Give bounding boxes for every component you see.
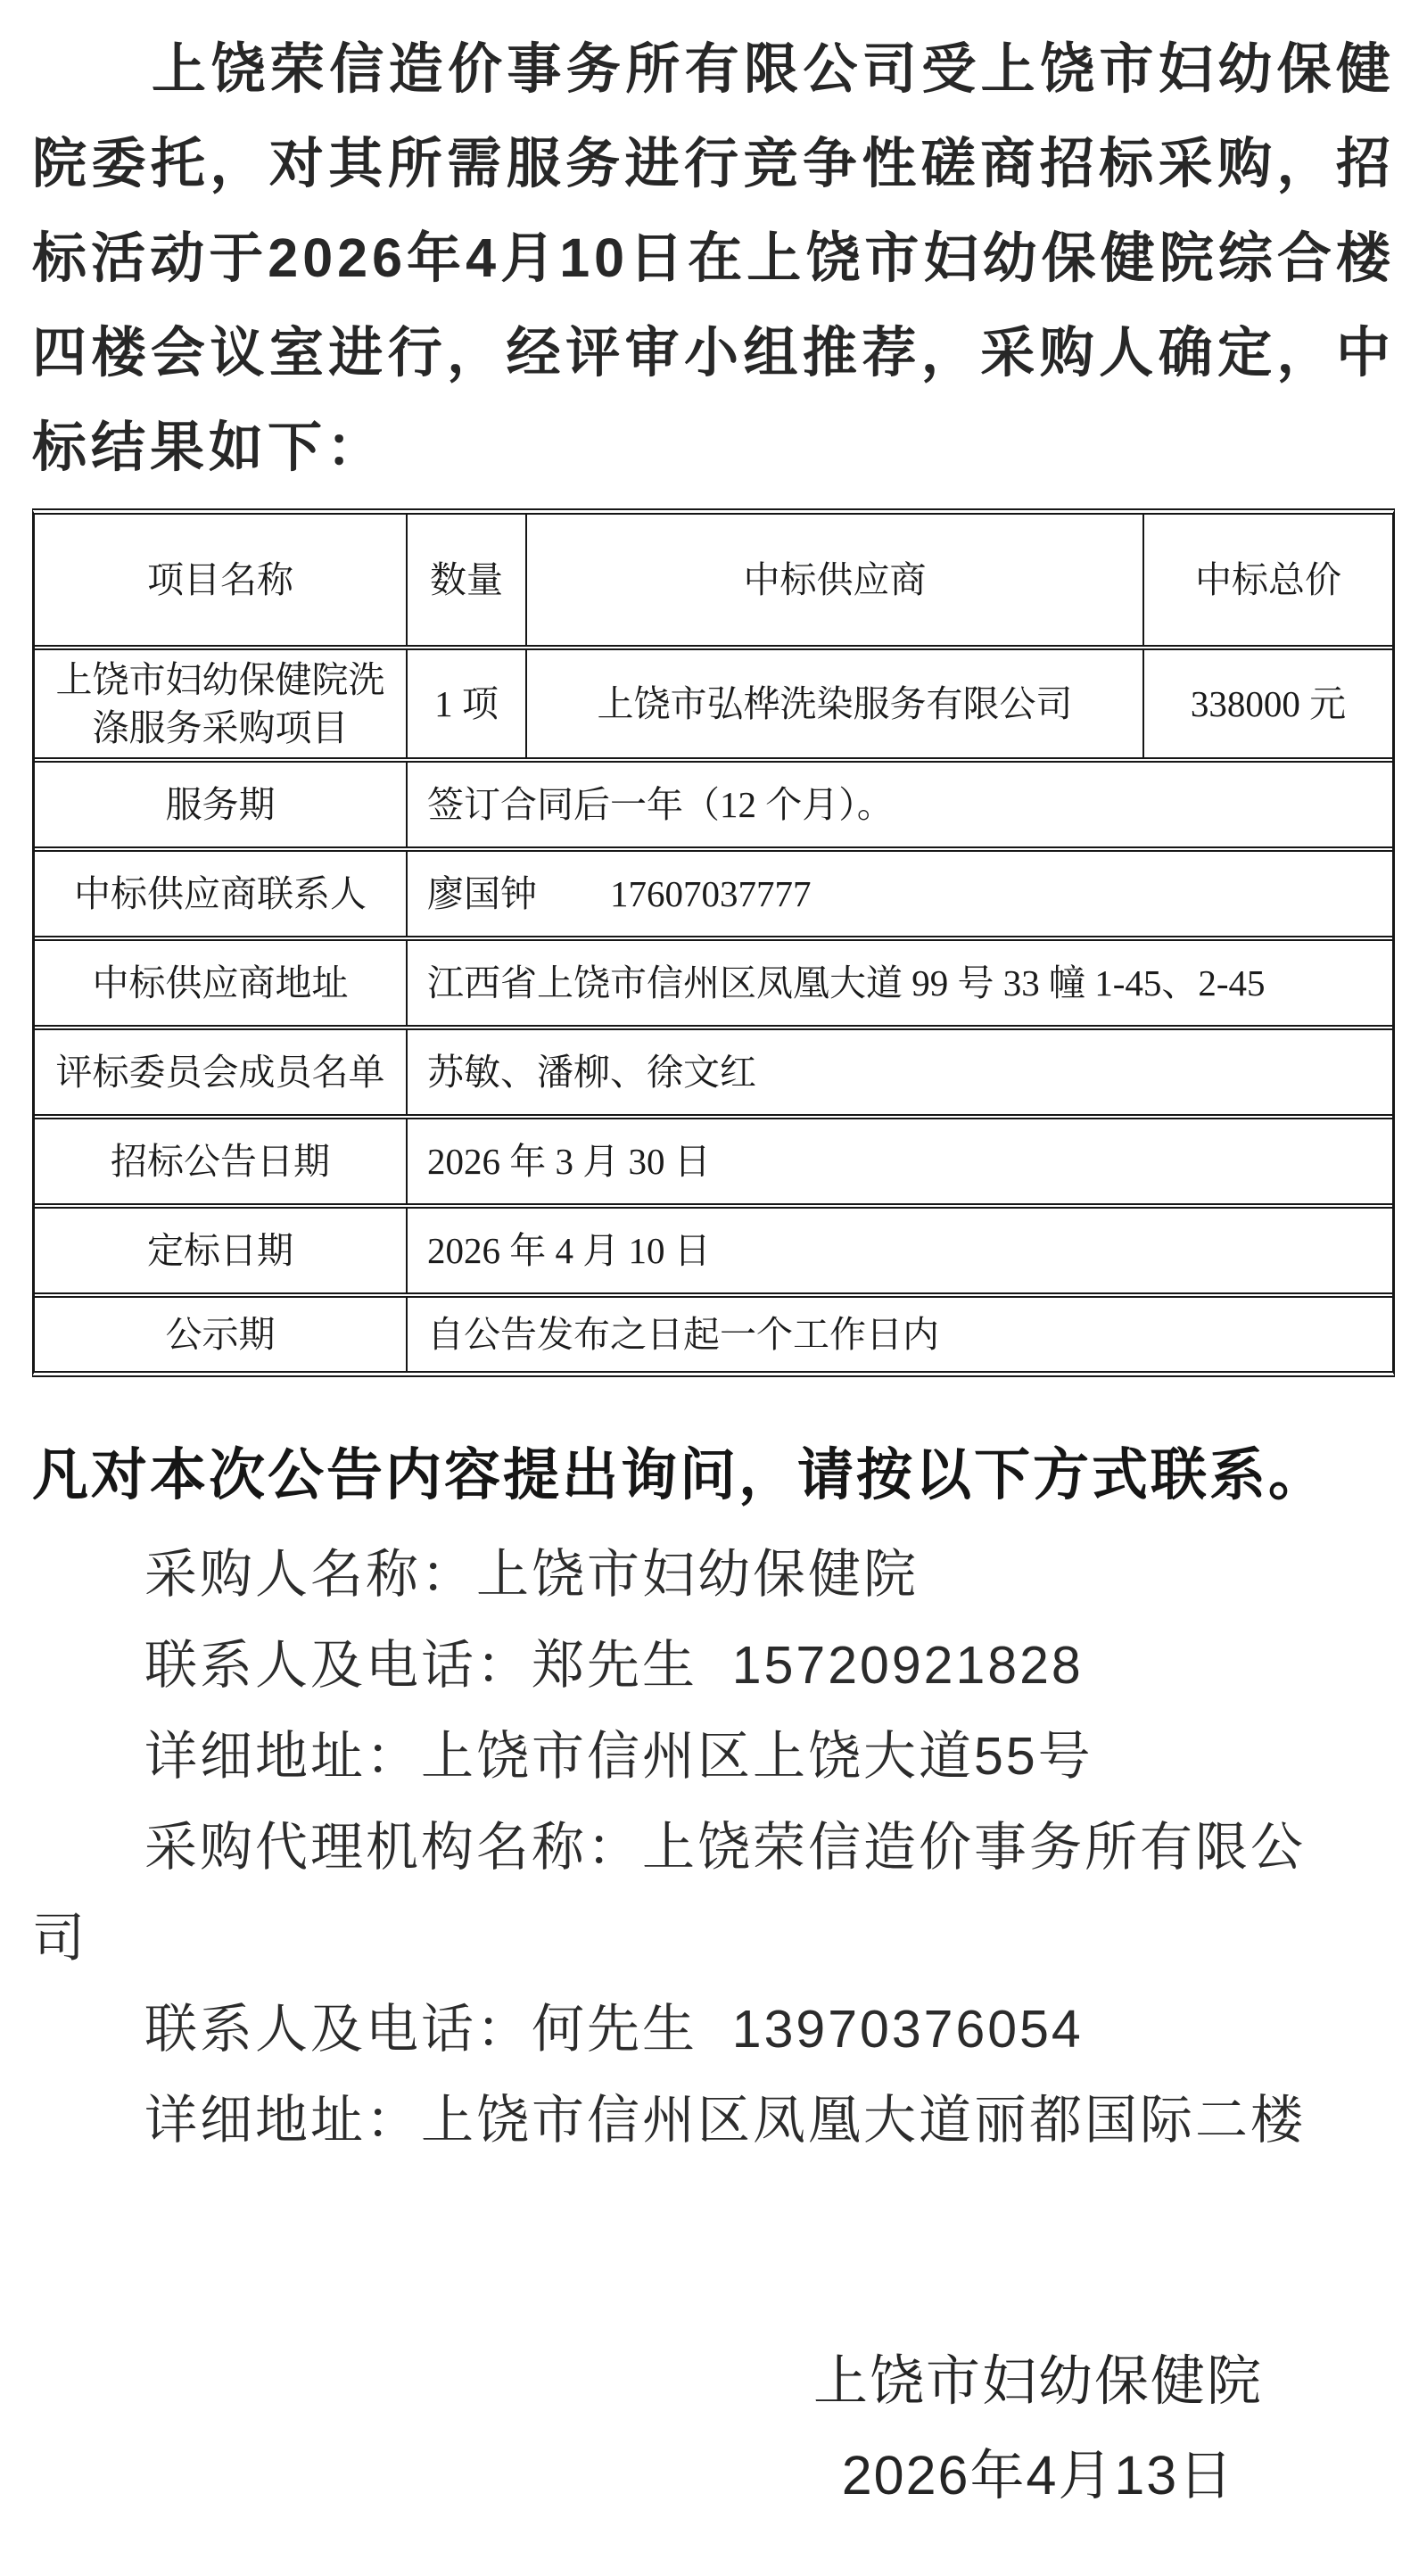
detail-label: 中标供应商联系人 bbox=[35, 852, 408, 936]
bid-result-table: 项目名称 数量 中标供应商 中标总价 上饶市妇幼保健院洗涤服务采购项目 1 项 … bbox=[32, 508, 1395, 1377]
detail-label: 公示期 bbox=[35, 1298, 408, 1371]
table-row-result: 上饶市妇幼保健院洗涤服务采购项目 1 项 上饶市弘桦洗染服务有限公司 33800… bbox=[35, 645, 1392, 757]
signature-block: 上饶市妇幼保健院 2026年4月13日 bbox=[788, 2333, 1288, 2522]
purchaser-address-line: 详细地址：上饶市信州区上饶大道55号 bbox=[32, 1711, 1395, 1802]
table-header-row: 项目名称 数量 中标供应商 中标总价 bbox=[35, 515, 1392, 645]
result-total-price: 338000 元 bbox=[1144, 650, 1392, 757]
result-quantity: 1 项 bbox=[408, 650, 527, 757]
col-header-quantity: 数量 bbox=[408, 515, 527, 645]
detail-value: 廖国钟 17607037777 bbox=[408, 852, 1392, 936]
intro-line-2: 院委托，对其所需服务进行竞争性磋商招标采购，招 bbox=[32, 116, 1395, 211]
purchaser-contact-phone-line: 联系人及电话：郑先生 15720921828 bbox=[32, 1620, 1395, 1711]
detail-value: 签订合同后一年（12 个月）。 bbox=[408, 763, 1392, 846]
detail-value: 苏敏、潘柳、徐文红 bbox=[408, 1030, 1392, 1114]
detail-label: 定标日期 bbox=[35, 1209, 408, 1292]
intro-line-4: 四楼会议室进行，经评审小组推荐，采购人确定，中 bbox=[32, 305, 1395, 400]
signature-date: 2026年4月13日 bbox=[788, 2428, 1288, 2522]
result-supplier: 上饶市弘桦洗染服务有限公司 bbox=[527, 650, 1144, 757]
detail-label: 中标供应商地址 bbox=[35, 941, 408, 1025]
result-project-name: 上饶市妇幼保健院洗涤服务采购项目 bbox=[35, 650, 408, 757]
table-row-publicity-period: 公示期 自公告发布之日起一个工作日内 bbox=[35, 1292, 1392, 1371]
table-row-tender-notice-date: 招标公告日期 2026 年 3 月 30 日 bbox=[35, 1114, 1392, 1203]
table-row-evaluation-committee: 评标委员会成员名单 苏敏、潘柳、徐文红 bbox=[35, 1025, 1392, 1114]
intro-paragraph: 上饶荣信造价事务所有限公司受上饶市妇幼保健 院委托，对其所需服务进行竞争性磋商招… bbox=[32, 21, 1395, 494]
table-row-supplier-contact: 中标供应商联系人 廖国钟 17607037777 bbox=[35, 846, 1392, 936]
bid-award-announcement: 上饶荣信造价事务所有限公司受上饶市妇幼保健 院委托，对其所需服务进行竞争性磋商招… bbox=[0, 0, 1427, 2522]
contact-info: 采购人名称：上饶市妇幼保健院 联系人及电话：郑先生 15720921828 详细… bbox=[32, 1529, 1395, 2166]
inquiry-heading: 凡对本次公告内容提出询问，请按以下方式联系。 bbox=[32, 1434, 1395, 1516]
agency-name-wrap-line: 司 bbox=[32, 1893, 1395, 1984]
intro-line-5: 标结果如下： bbox=[32, 400, 1395, 494]
col-header-winning-price: 中标总价 bbox=[1144, 515, 1392, 645]
table-row-award-date: 定标日期 2026 年 4 月 10 日 bbox=[35, 1203, 1392, 1292]
detail-value: 2026 年 3 月 30 日 bbox=[408, 1119, 1392, 1203]
detail-value: 2026 年 4 月 10 日 bbox=[408, 1209, 1392, 1292]
purchaser-name-line: 采购人名称：上饶市妇幼保健院 bbox=[32, 1529, 1395, 1620]
signature-org: 上饶市妇幼保健院 bbox=[788, 2333, 1288, 2428]
detail-value: 江西省上饶市信州区凤凰大道 99 号 33 幢 1-45、2-45 bbox=[408, 941, 1392, 1025]
detail-label: 招标公告日期 bbox=[35, 1119, 408, 1203]
agency-name-line: 采购代理机构名称：上饶荣信造价事务所有限公 bbox=[32, 1802, 1395, 1893]
table-row-supplier-address: 中标供应商地址 江西省上饶市信州区凤凰大道 99 号 33 幢 1-45、2-4… bbox=[35, 936, 1392, 1025]
agency-address-line: 详细地址：上饶市信州区凤凰大道丽都国际二楼 bbox=[32, 2075, 1395, 2166]
intro-line-1: 上饶荣信造价事务所有限公司受上饶市妇幼保健 bbox=[32, 21, 1395, 116]
col-header-project-name: 项目名称 bbox=[35, 515, 408, 645]
intro-line-3: 标活动于2026年4月10日在上饶市妇幼保健院综合楼 bbox=[32, 211, 1395, 305]
detail-value: 自公告发布之日起一个工作日内 bbox=[408, 1298, 1392, 1371]
col-header-winning-supplier: 中标供应商 bbox=[527, 515, 1144, 645]
table-row-service-period: 服务期 签订合同后一年（12 个月）。 bbox=[35, 757, 1392, 846]
detail-label: 评标委员会成员名单 bbox=[35, 1030, 408, 1114]
detail-label: 服务期 bbox=[35, 763, 408, 846]
agency-contact-phone-line: 联系人及电话：何先生 13970376054 bbox=[32, 1984, 1395, 2075]
